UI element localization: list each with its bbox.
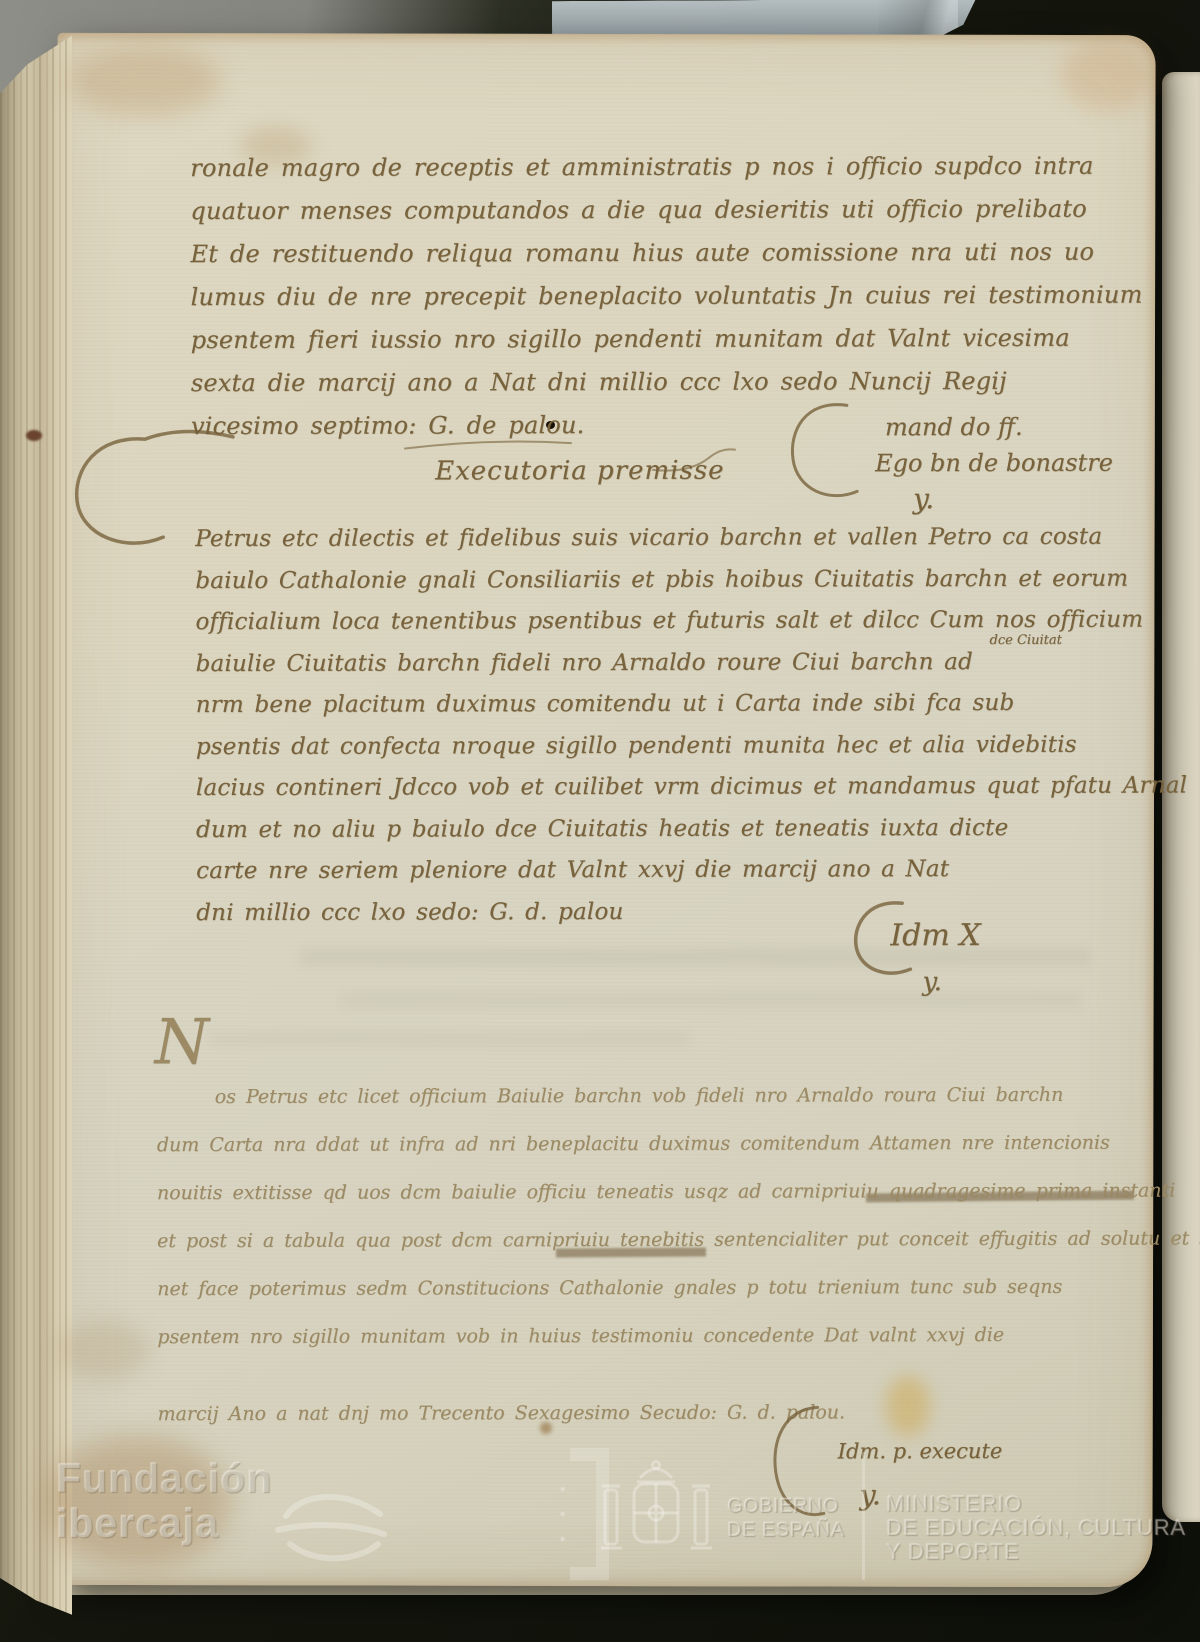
manuscript-photo: ronale magro de receptis et amministrati… — [0, 0, 1200, 1642]
manuscript-line: net face poterimus sedm Constitucions Ca… — [157, 1262, 1200, 1313]
manuscript-paragraph-2: Petrus etc dilectis et fidelibus suis vi… — [195, 516, 1187, 934]
manuscript-paragraph-3: os Petrus etc licet officium Baiulie bar… — [157, 1070, 1200, 1438]
ministerio-line3: Y DEPORTE — [886, 1540, 1186, 1564]
paraph-flourish-icon — [785, 397, 865, 507]
manuscript-line: lumus diu de nre precepit beneplacito vo… — [191, 274, 1143, 319]
manuscript-line: lacius contineri Jdcco vob et cuilibet v… — [196, 765, 1187, 809]
ibercaja-line2: ibercaja — [56, 1501, 272, 1546]
manuscript-line: psentem fieri iussio nro sigillo pendent… — [191, 317, 1143, 362]
ibercaja-line1: Fundación — [56, 1456, 272, 1501]
manuscript-line: ronale magro de receptis et amministrati… — [190, 145, 1142, 190]
manuscript-text-layer: ronale magro de receptis et amministrati… — [0, 0, 1200, 1642]
watermark-ministerio: MINISTERIO DE EDUCACIÓN, CULTURA Y DEPOR… — [886, 1492, 1186, 1564]
gobierno-line2: DE ESPAÑA — [727, 1518, 845, 1542]
manuscript-line: Petrus etc dilectis et fidelibus suis vi… — [195, 516, 1186, 560]
manuscript-line: mand do ff. — [885, 409, 1113, 446]
manuscript-line: dum Carta nra ddat ut infra ad nri benep… — [157, 1118, 1200, 1169]
manuscript-line: carte nre seriem pleniore dat Valnt xxvj… — [196, 848, 1187, 892]
manuscript-line: Ego bn de bonastre — [875, 445, 1113, 482]
manuscript-line: y. — [922, 959, 981, 1005]
gobierno-line1: GOBIERNO — [727, 1494, 845, 1518]
watermark-gobierno: GOBIERNO DE ESPAÑA — [727, 1494, 845, 1542]
manuscript-line: psentis dat confecta nroque sigillo pend… — [196, 724, 1187, 768]
manuscript-paragraph-1: ronale magro de receptis et amministrati… — [190, 145, 1143, 448]
manuscript-line: nouitis extitisse qd uos dcm baiulie off… — [157, 1166, 1200, 1217]
ministerio-line2: DE EDUCACIÓN, CULTURA — [886, 1516, 1186, 1540]
manuscript-line: dum et no aliu p baiulo dce Ciuitatis he… — [196, 807, 1187, 851]
manuscript-line: psentem nro sigillo munitam vob in huius… — [157, 1310, 1200, 1361]
eu-stars-icon — [558, 1478, 567, 1553]
manuscript-line: Et de restituendo reliqua romanu hius au… — [190, 231, 1142, 276]
heading-flourish-icon — [403, 436, 573, 452]
manuscript-line: officialium loca tenentibus psentibus et… — [195, 599, 1186, 643]
manuscript-line: os Petrus etc licet officium Baiulie bar… — [157, 1070, 1200, 1121]
ministerio-line1: MINISTERIO — [886, 1492, 1186, 1516]
manuscript-line: y. — [913, 481, 1113, 518]
manuscript-line: quatuor menses computandos a die qua des… — [190, 188, 1142, 233]
manuscript-line: dni millio ccc lxo sedo: G. d. palou — [196, 890, 1187, 934]
heading-tail-flourish-icon — [649, 440, 739, 480]
signature-block-1: mand do ff.Ego bn de bonastrey. — [875, 409, 1113, 518]
manuscript-line: marcij Ano a nat dnj mo Trecento Sexages… — [157, 1387, 1200, 1438]
manuscript-line: et post si a tabula qua post dcm carnipr… — [157, 1214, 1200, 1265]
manuscript-line: Idm X — [890, 913, 981, 959]
watermark-divider — [862, 1452, 865, 1580]
manuscript-line: sexta die marcij ano a Nat dni millio cc… — [191, 360, 1143, 405]
manuscript-line: nrm bene placitum duximus comitendu ut i… — [196, 682, 1187, 726]
spain-coat-of-arms-icon — [600, 1456, 712, 1566]
ibercaja-logo-swirl-icon — [272, 1492, 388, 1564]
manuscript-line: baiulie Ciuitatis barchn fideli nro Arna… — [196, 641, 1187, 685]
watermark-ibercaja: Fundación ibercaja — [56, 1456, 272, 1546]
paragraph-initial: N — [154, 1011, 208, 1073]
manuscript-line: baiulo Cathalonie gnali Consiliariis et … — [195, 558, 1186, 602]
signature-block-2: Idm Xy. — [890, 913, 981, 1005]
